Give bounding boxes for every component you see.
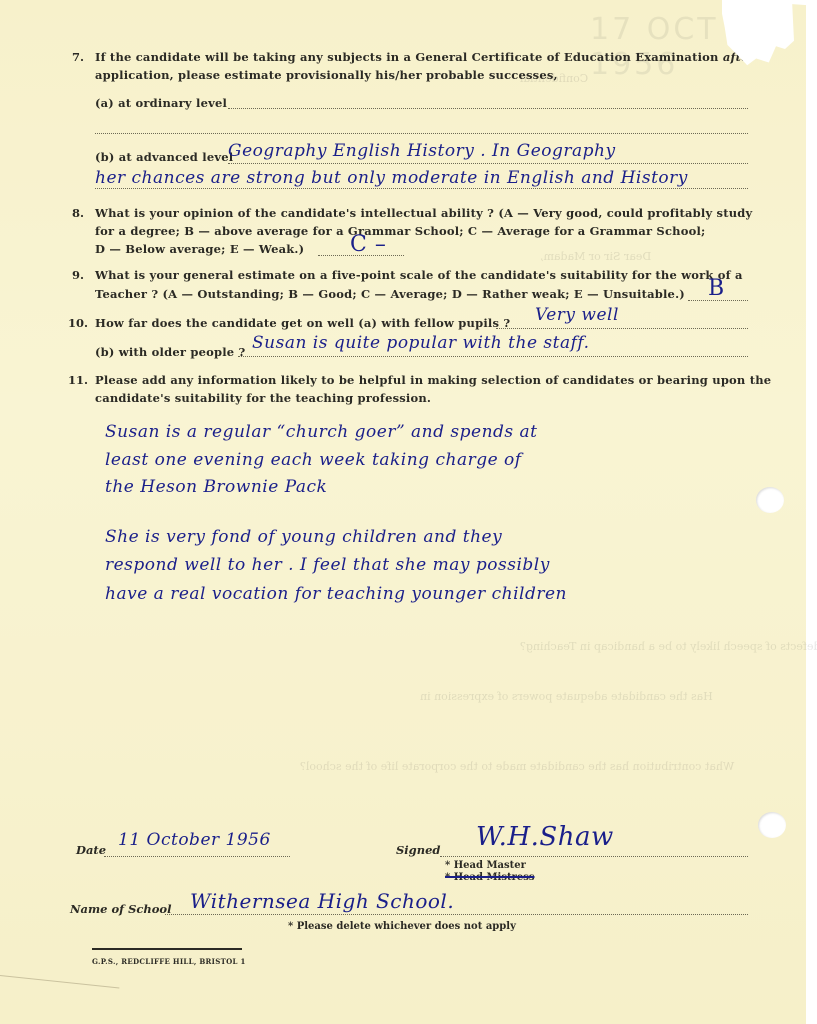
q7-text-line2: application, please estimate provisional… <box>95 68 558 82</box>
q7b-label: (b) at advanced level <box>95 150 233 164</box>
q10a-answer-line[interactable] <box>496 328 748 329</box>
q11-answer-line: Susan is a regular “church goer” and spe… <box>105 422 538 442</box>
q8-text-line3: D — Below average; E — Weak.) <box>95 242 304 256</box>
signature-line[interactable] <box>440 856 748 857</box>
q10a-answer: Very well <box>535 305 619 325</box>
q9-answer-line[interactable] <box>688 300 748 301</box>
signed-label: Signed <box>396 843 440 857</box>
q8-text-line1: What is your opinion of the candidate's … <box>95 206 752 220</box>
q10b-answer-line[interactable] <box>238 356 748 357</box>
q11-answer-line: She is very fond of young children and t… <box>105 527 502 547</box>
q7a-answer-line-2[interactable] <box>95 133 748 134</box>
punch-hole-upper <box>756 487 784 513</box>
q11-text-line2: candidate's suitability for the teaching… <box>95 391 431 405</box>
role-head-master: * Head Master <box>445 860 526 871</box>
role-head-mistress: * Head Mistress <box>445 872 534 883</box>
q10-number: 10. <box>68 316 88 330</box>
footer-rule <box>92 948 242 950</box>
q10-text-line1: How far does the candidate get on well (… <box>95 316 510 330</box>
q11-answer-line: least one evening each week taking charg… <box>105 450 522 470</box>
punch-hole-lower <box>758 812 786 838</box>
printer-imprint: G.P.S., REDCLIFFE HILL, BRISTOL 1 <box>92 957 246 966</box>
bleed-through-text: Has the candidate adequate powers of exp… <box>420 690 713 703</box>
q7b-answer-line1: Geography English History . In Geography <box>228 141 616 161</box>
q10b-answer: Susan is quite popular with the staff. <box>252 333 589 353</box>
q8-text-line2: for a degree; B — above average for a Gr… <box>95 224 705 238</box>
signature-value: W.H.Shaw <box>476 822 614 852</box>
q9-text-line1: What is your general estimate on a five-… <box>95 268 743 282</box>
q9-text-line2: Teacher ? (A — Outstanding; B — Good; C … <box>95 287 685 301</box>
q7-number: 7. <box>72 50 84 64</box>
q11-text-line1: Please add any information likely to be … <box>95 373 771 387</box>
q7-text-line1: If the candidate will be taking any subj… <box>95 50 755 64</box>
paper-fold <box>0 975 119 989</box>
bleed-through-text: Has the candidate defects of speech like… <box>520 640 817 653</box>
school-line[interactable] <box>165 914 748 915</box>
document-page: 17 OCT 1956 Confidential Dear Sir or Mad… <box>0 0 806 1024</box>
q11-number: 11. <box>68 373 88 387</box>
school-value: Withernsea High School. <box>190 889 454 913</box>
q11-answer-line: respond well to her . I feel that she ma… <box>105 555 550 575</box>
school-label: Name of School <box>70 902 171 916</box>
q7-line1: If the candidate will be taking any subj… <box>95 50 719 64</box>
q8-answer: C – <box>350 232 386 257</box>
bleed-through-text: What contribution has the candidate made… <box>300 760 734 773</box>
q10b-label: (b) with older people ? <box>95 345 245 359</box>
bleed-through-text: Dear Sir or Madam, <box>540 250 651 263</box>
q9-answer: B <box>708 276 725 301</box>
q9-number: 9. <box>72 268 84 282</box>
q7b-answer-line[interactable] <box>228 163 748 164</box>
q11-answer-line: the Heson Brownie Pack <box>105 477 327 497</box>
q11-answer-line: have a real vocation for teaching younge… <box>105 584 567 604</box>
q7b-answer-line-2[interactable] <box>95 188 748 189</box>
date-value: 11 October 1956 <box>118 830 271 850</box>
q8-answer-line[interactable] <box>318 255 404 256</box>
date-line[interactable] <box>104 856 290 857</box>
delete-note: * Please delete whichever does not apply <box>288 921 516 932</box>
q7b-answer-line2: her chances are strong but only moderate… <box>95 168 688 188</box>
q7a-answer-line[interactable] <box>228 108 748 109</box>
date-label: Date <box>76 843 106 857</box>
q8-number: 8. <box>72 206 84 220</box>
q7a-label: (a) at ordinary level <box>95 96 227 110</box>
